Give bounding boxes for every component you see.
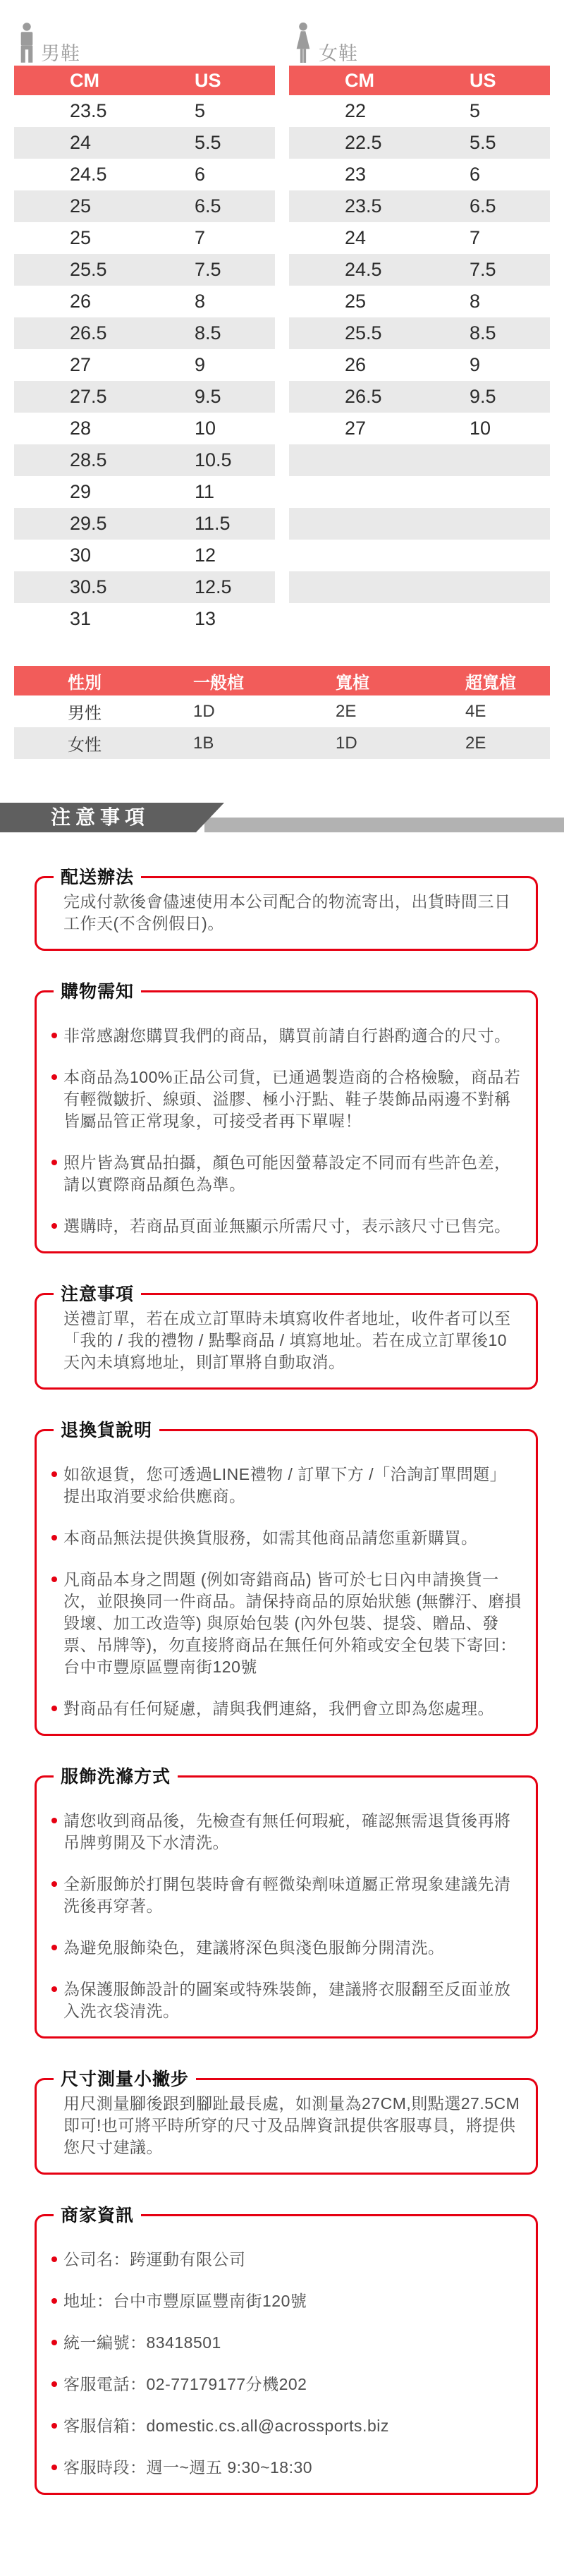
section-bullet-item: 凡商品本身之問題 (例如寄錯商品) 皆可於七日內申請換貨一次，並限換同一件商品。… xyxy=(63,1569,522,1678)
size-cell-cm: 26.5 xyxy=(289,386,419,408)
bullet-text: 請您收到商品後，先檢查有無任何瑕疵，確認無需退貨後再將吊牌剪開及下水清洗。 xyxy=(63,1811,511,1852)
size-table-row: 269 xyxy=(289,349,550,381)
size-table-row: 3012 xyxy=(14,540,275,571)
bullet-dot-icon xyxy=(51,2465,57,2470)
size-cell-us: 12.5 xyxy=(145,576,275,598)
size-table-row: 2810 xyxy=(14,413,275,444)
bullet-text: 本商品為100%正品公司貨，已通過製造商的合格檢驗，商品若有輕微皺折、線頭、溢膠… xyxy=(63,1068,520,1130)
mens-table-header: CM US xyxy=(14,66,275,95)
size-cell-us: 6.5 xyxy=(419,195,550,217)
width-table-row: 男性1D2E4E xyxy=(14,695,550,727)
section-paragraph: 送禮訂單，若在成立訂單時未填寫收件者地址，收件者可以至「我的 / 我的禮物 / … xyxy=(63,1308,522,1373)
size-table-row: 245.5 xyxy=(14,127,275,159)
bullet-dot-icon xyxy=(51,1945,57,1950)
size-cell-us: 5 xyxy=(419,100,550,122)
info-section: 注意事項送禮訂單，若在成立訂單時未填寫收件者地址，收件者可以至「我的 / 我的禮… xyxy=(35,1293,538,1390)
size-cell-cm: 28.5 xyxy=(14,449,145,471)
width-header-extrawide: 超寬楦 xyxy=(416,669,550,693)
bullet-dot-icon xyxy=(51,1986,57,1992)
mens-table-label-text: 男鞋 xyxy=(41,43,80,64)
bullet-dot-icon xyxy=(51,1535,57,1541)
section-bullet-item: 本商品無法提供換貨服務，如需其他商品請您重新購買。 xyxy=(63,1527,522,1549)
bullet-text: 如欲退貨，您可透過LINE禮物 / 訂單下方 /「洽詢訂單問題」提出取消要求給供… xyxy=(63,1465,506,1505)
size-cell-us: 8 xyxy=(419,291,550,312)
section-bullet-item: 選購時，若商品頁面並無顯示所需尺寸，表示該尺寸已售完。 xyxy=(63,1215,522,1237)
size-table-row: 247 xyxy=(289,222,550,254)
size-cell-empty xyxy=(289,481,419,503)
section-bullet-item: 公司名：跨運動有限公司 xyxy=(63,2249,522,2271)
size-cell-us: 5.5 xyxy=(419,132,550,154)
notice-banner: 注意事項 xyxy=(0,803,564,832)
bullet-dot-icon xyxy=(51,2340,57,2345)
womens-size-table: 女鞋 CM US 22522.55.523623.56.524724.57.52… xyxy=(289,20,550,635)
info-section: 配送辦法完成付款後會儘速使用本公司配合的物流寄出，出貨時間三日工作天(不含例假日… xyxy=(35,876,538,951)
section-bullet-item: 為保護服飾設計的圖案或特殊裝飾，建議將衣服翻至反面並放入洗衣袋清洗。 xyxy=(63,1979,522,2022)
info-section: 購物需知非常感謝您購買我們的商品，購買前請自行斟酌適合的尺寸。本商品為100%正… xyxy=(35,990,538,1253)
man-icon xyxy=(18,22,35,64)
section-bullet-item: 照片皆為實品拍攝，顏色可能因螢幕設定不同而有些許色差，請以實際商品顏色為準。 xyxy=(63,1152,522,1196)
bullet-text: 全新服飾於打開包裝時會有輕微染劑味道屬正常現象建議先清洗後再穿著。 xyxy=(63,1875,511,1915)
size-cell-cm: 25.5 xyxy=(289,322,419,344)
section-bullet-item: 全新服飾於打開包裝時會有輕微染劑味道屬正常現象建議先清洗後再穿著。 xyxy=(63,1873,522,1917)
width-cell: 4E xyxy=(416,702,550,722)
section-title: 退換貨說明 xyxy=(54,1421,159,1440)
size-table-row: 257 xyxy=(14,222,275,254)
section-title: 注意事項 xyxy=(54,1284,141,1304)
bullet-dot-icon xyxy=(51,2256,57,2262)
size-table-row: 26.59.5 xyxy=(289,381,550,413)
size-table-empty-row xyxy=(289,476,550,508)
width-cell: 2E xyxy=(282,702,416,722)
size-cell-cm: 23 xyxy=(289,164,419,186)
size-cell-us: 7.5 xyxy=(145,259,275,281)
size-table-empty-row xyxy=(289,603,550,635)
bullet-text: 凡商品本身之問題 (例如寄錯商品) 皆可於七日內申請換貨一次，並限換同一件商品。… xyxy=(63,1570,522,1676)
mens-table-label: 男鞋 xyxy=(14,20,275,66)
size-cell-cm: 26 xyxy=(289,354,419,376)
section-paragraph: 用尺測量腳後跟到腳趾最長處，如測量為27CM,則點選27.5CM即可!也可將平時… xyxy=(63,2093,522,2158)
size-cell-cm: 25.5 xyxy=(14,259,145,281)
size-cell-us: 9.5 xyxy=(145,386,275,408)
size-cell-us: 7.5 xyxy=(419,259,550,281)
width-header-regular: 一般楦 xyxy=(148,669,282,693)
size-cell-us: 11 xyxy=(145,481,275,503)
section-title: 購物需知 xyxy=(54,982,141,1002)
size-cell-us: 10 xyxy=(145,418,275,439)
width-cell: 女性 xyxy=(14,731,148,755)
bullet-text: 本商品無法提供換貨服務，如需其他商品請您重新購買。 xyxy=(63,1529,478,1547)
bullet-text: 為保護服飾設計的圖案或特殊裝飾，建議將衣服翻至反面並放入洗衣袋清洗。 xyxy=(63,1980,511,2020)
bullet-text: 選購時，若商品頁面並無顯示所需尺寸，表示該尺寸已售完。 xyxy=(63,1217,511,1235)
womens-table-header: CM US xyxy=(289,66,550,95)
size-cell-empty xyxy=(419,576,550,598)
size-table-empty-row xyxy=(289,571,550,603)
notice-banner-title: 注意事項 xyxy=(51,803,149,832)
info-section: 尺寸測量小撇步用尺測量腳後跟到腳趾最長處，如測量為27CM,則點選27.5CM即… xyxy=(35,2078,538,2175)
bullet-dot-icon xyxy=(51,2423,57,2429)
size-table-row: 225 xyxy=(289,95,550,127)
bullet-text: 為避免服飾染色，建議將深色與淺色服飾分開清洗。 xyxy=(63,1938,445,1957)
size-cell-us: 5.5 xyxy=(145,132,275,154)
size-cell-cm: 24 xyxy=(289,227,419,249)
woman-icon xyxy=(293,22,313,64)
size-cell-us: 6 xyxy=(145,164,275,186)
section-title: 服飾洗滌方式 xyxy=(54,1767,178,1787)
bullet-dot-icon xyxy=(51,1074,57,1080)
size-cell-us: 12 xyxy=(145,545,275,566)
mens-header-cm: CM xyxy=(14,70,145,92)
shoe-width-table: 性別 一般楦 寬楦 超寬楦 男性1D2E4E女性1B1D2E xyxy=(14,666,550,759)
section-bullet-item: 統一編號：83418501 xyxy=(63,2332,522,2354)
section-bullet-item: 客服時段：週一~週五 9:30~18:30 xyxy=(63,2457,522,2479)
width-table-row: 女性1B1D2E xyxy=(14,727,550,759)
size-cell-us: 11.5 xyxy=(145,513,275,535)
width-table-rows: 男性1D2E4E女性1B1D2E xyxy=(14,695,550,759)
size-cell-us: 8.5 xyxy=(145,322,275,344)
size-table-row: 256.5 xyxy=(14,190,275,222)
size-cell-us: 8 xyxy=(145,291,275,312)
size-table-row: 279 xyxy=(14,349,275,381)
bullet-text: 非常感謝您購買我們的商品，購買前請自行斟酌適合的尺寸。 xyxy=(63,1026,511,1045)
section-title: 配送辦法 xyxy=(54,868,141,887)
size-cell-empty xyxy=(419,608,550,630)
bullet-text: 客服時段：週一~週五 9:30~18:30 xyxy=(63,2458,312,2477)
size-cell-cm: 24 xyxy=(14,132,145,154)
size-cell-us: 7 xyxy=(145,227,275,249)
size-cell-cm: 28 xyxy=(14,418,145,439)
size-cell-empty xyxy=(289,576,419,598)
size-cell-cm: 29.5 xyxy=(14,513,145,535)
bullet-text: 統一編號：83418501 xyxy=(63,2333,221,2352)
info-section: 商家資訊公司名：跨運動有限公司地址：台中市豐原區豐南街120號統一編號：8341… xyxy=(35,2214,538,2495)
size-cell-us: 5 xyxy=(145,100,275,122)
bullet-dot-icon xyxy=(51,2381,57,2387)
section-bullet-item: 本商品為100%正品公司貨，已通過製造商的合格檢驗，商品若有輕微皺折、線頭、溢膠… xyxy=(63,1067,522,1132)
bullet-text: 公司名：跨運動有限公司 xyxy=(63,2250,246,2268)
width-header-wide: 寬楦 xyxy=(282,669,416,693)
size-cell-cm: 25 xyxy=(289,291,419,312)
width-header-gender: 性別 xyxy=(14,669,148,693)
size-cell-empty xyxy=(289,449,419,471)
size-table-row: 22.55.5 xyxy=(289,127,550,159)
mens-header-us: US xyxy=(145,70,275,92)
section-bullet-item: 客服信箱：domestic.cs.all@acrossports.biz xyxy=(63,2415,522,2437)
size-cell-us: 10.5 xyxy=(145,449,275,471)
size-cell-us: 13 xyxy=(145,608,275,630)
size-table-row: 28.510.5 xyxy=(14,444,275,476)
info-section: 退換貨說明如欲退貨，您可透過LINE禮物 / 訂單下方 /「洽詢訂單問題」提出取… xyxy=(35,1429,538,1736)
size-table-row: 24.57.5 xyxy=(289,254,550,286)
size-cell-us: 6 xyxy=(419,164,550,186)
size-cell-cm: 27.5 xyxy=(14,386,145,408)
size-cell-empty xyxy=(419,513,550,535)
womens-table-label: 女鞋 xyxy=(289,20,550,66)
section-bullet-item: 對商品有任何疑慮，請與我們連絡，我們會立即為您處理。 xyxy=(63,1698,522,1720)
size-cell-us: 6.5 xyxy=(145,195,275,217)
size-cell-us: 9 xyxy=(145,354,275,376)
size-table-row: 30.512.5 xyxy=(14,571,275,603)
size-cell-us: 8.5 xyxy=(419,322,550,344)
size-cell-cm: 25 xyxy=(14,195,145,217)
width-cell: 男性 xyxy=(14,699,148,724)
bullet-dot-icon xyxy=(51,1160,57,1165)
section-bullet-item: 非常感謝您購買我們的商品，購買前請自行斟酌適合的尺寸。 xyxy=(63,1025,522,1047)
size-cell-us: 10 xyxy=(419,418,550,439)
size-cell-cm: 31 xyxy=(14,608,145,630)
size-cell-empty xyxy=(419,481,550,503)
size-table-row: 23.56.5 xyxy=(289,190,550,222)
width-table-header: 性別 一般楦 寬楦 超寬楦 xyxy=(14,666,550,695)
size-cell-cm: 23.5 xyxy=(14,100,145,122)
size-cell-empty xyxy=(419,545,550,566)
bullet-dot-icon xyxy=(51,1471,57,1477)
width-cell: 1B xyxy=(148,734,282,753)
width-cell: 1D xyxy=(282,734,416,753)
size-table-empty-row xyxy=(289,508,550,540)
section-bullet-item: 地址：台中市豐原區豐南街120號 xyxy=(63,2290,522,2312)
womens-header-cm: CM xyxy=(289,70,419,92)
size-cell-cm: 22.5 xyxy=(289,132,419,154)
section-title: 商家資訊 xyxy=(54,2206,141,2225)
size-cell-empty xyxy=(289,545,419,566)
size-cell-cm: 30.5 xyxy=(14,576,145,598)
size-cell-us: 9.5 xyxy=(419,386,550,408)
size-table-row: 29.511.5 xyxy=(14,508,275,540)
size-table-empty-row xyxy=(289,444,550,476)
bullet-dot-icon xyxy=(51,1576,57,1582)
womens-table-label-text: 女鞋 xyxy=(319,43,358,64)
bullet-dot-icon xyxy=(51,2298,57,2304)
section-bullet-item: 客服電話：02-77179177分機202 xyxy=(63,2374,522,2395)
size-cell-cm: 22 xyxy=(289,100,419,122)
width-cell: 2E xyxy=(416,734,550,753)
size-cell-empty xyxy=(289,608,419,630)
womens-table-rows: 22522.55.523623.56.524724.57.525825.58.5… xyxy=(289,95,550,635)
size-table-row: 236 xyxy=(289,159,550,190)
size-cell-empty xyxy=(419,449,550,471)
size-table-row: 25.58.5 xyxy=(289,317,550,349)
size-table-row: 26.58.5 xyxy=(14,317,275,349)
size-table-row: 25.57.5 xyxy=(14,254,275,286)
bullet-text: 客服信箱：domestic.cs.all@acrossports.biz xyxy=(63,2417,389,2435)
size-cell-cm: 29 xyxy=(14,481,145,503)
size-table-row: 2710 xyxy=(289,413,550,444)
size-table-row: 23.55 xyxy=(14,95,275,127)
bullet-text: 對商品有任何疑慮，請與我們連絡，我們會立即為您處理。 xyxy=(63,1699,494,1718)
size-cell-cm: 26.5 xyxy=(14,322,145,344)
bullet-text: 地址：台中市豐原區豐南街120號 xyxy=(63,2292,307,2310)
size-cell-cm: 27 xyxy=(14,354,145,376)
size-cell-cm: 30 xyxy=(14,545,145,566)
size-table-row: 268 xyxy=(14,286,275,317)
size-cell-cm: 23.5 xyxy=(289,195,419,217)
bullet-dot-icon xyxy=(51,1223,57,1229)
size-cell-cm: 27 xyxy=(289,418,419,439)
size-cell-cm: 25 xyxy=(14,227,145,249)
section-paragraph: 完成付款後會儘速使用本公司配合的物流寄出，出貨時間三日工作天(不含例假日)。 xyxy=(63,891,522,935)
width-cell: 1D xyxy=(148,702,282,722)
size-cell-empty xyxy=(289,513,419,535)
mens-size-table: 男鞋 CM US 23.55245.524.56256.525725.57.52… xyxy=(14,20,275,635)
size-table-row: 27.59.5 xyxy=(14,381,275,413)
size-table-row: 24.56 xyxy=(14,159,275,190)
bullet-text: 照片皆為實品拍攝，顏色可能因螢幕設定不同而有些許色差，請以實際商品顏色為準。 xyxy=(63,1153,511,1193)
size-table-row: 3113 xyxy=(14,603,275,635)
shoe-size-tables: 男鞋 CM US 23.55245.524.56256.525725.57.52… xyxy=(0,0,564,635)
size-cell-cm: 24.5 xyxy=(289,259,419,281)
size-table-row: 2911 xyxy=(14,476,275,508)
bullet-dot-icon xyxy=(51,1706,57,1711)
womens-header-us: US xyxy=(419,70,550,92)
section-bullet-item: 如欲退貨，您可透過LINE禮物 / 訂單下方 /「洽詢訂單問題」提出取消要求給供… xyxy=(63,1464,522,1507)
info-sections: 配送辦法完成付款後會儘速使用本公司配合的物流寄出，出貨時間三日工作天(不含例假日… xyxy=(0,876,564,2495)
section-bullet-item: 請您收到商品後，先檢查有無任何瑕疵，確認無需退貨後再將吊牌剪開及下水清洗。 xyxy=(63,1810,522,1854)
size-table-empty-row xyxy=(289,540,550,571)
section-title: 尺寸測量小撇步 xyxy=(54,2070,196,2089)
size-cell-us: 7 xyxy=(419,227,550,249)
bullet-dot-icon xyxy=(51,1881,57,1887)
size-cell-cm: 24.5 xyxy=(14,164,145,186)
bullet-dot-icon xyxy=(51,1033,57,1038)
mens-table-rows: 23.55245.524.56256.525725.57.526826.58.5… xyxy=(14,95,275,635)
size-cell-cm: 26 xyxy=(14,291,145,312)
section-bullet-item: 為避免服飾染色，建議將深色與淺色服飾分開清洗。 xyxy=(63,1937,522,1959)
size-cell-us: 9 xyxy=(419,354,550,376)
size-table-row: 258 xyxy=(289,286,550,317)
info-section: 服飾洗滌方式請您收到商品後，先檢查有無任何瑕疵，確認無需退貨後再將吊牌剪開及下水… xyxy=(35,1775,538,2039)
banner-tail-bar xyxy=(204,818,564,832)
bullet-dot-icon xyxy=(51,1818,57,1823)
bullet-text: 客服電話：02-77179177分機202 xyxy=(63,2375,307,2393)
